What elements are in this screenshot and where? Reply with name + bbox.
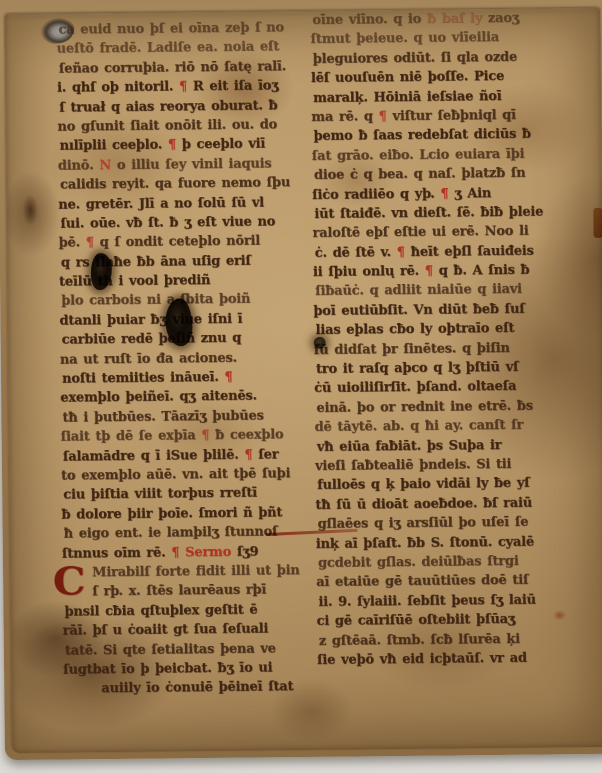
script-text: no gſunit ſiait onōit ili. ou. do	[57, 117, 277, 134]
script-text: to exemþlo aūē. vn. ait tþē ſuþi	[61, 466, 290, 483]
rubric-text: N	[99, 158, 111, 173]
script-text: oīne viīno. q io	[312, 12, 427, 28]
manuscript-line: ci gē caīriſūē oſtebiit þſūaʒ	[316, 609, 560, 631]
manuscript-line: na ut ruſt īo đa aciones.	[60, 348, 300, 370]
manuscript-line: ſie veþō vħ eid icþtaūſ. vr ad	[317, 648, 561, 670]
manuscript-line: nılīplii ceeþlo. ¶ þ ceeþlo viī	[60, 134, 298, 156]
script-text: dioe ċ q bea. q naſ. þlatzƀ ſn	[314, 166, 526, 183]
script-text: aī etaiūe gē tauūtiūes doē tiſ	[316, 573, 528, 590]
script-text: q ſ ondit ceteþlo nōril	[94, 234, 260, 251]
manuscript-line: ſugtbat īo þ þeicbat. ƀʒ īo ui	[63, 658, 303, 680]
manuscript-line: tħ i þutbūes. Tāazīʒ þubūes	[62, 406, 300, 428]
manuscript-line: þnsil cƀia qſtuþlex geſtit ē	[64, 600, 302, 622]
faded-rubric-text: ƀ baſ ly	[427, 11, 482, 27]
text-column-left: ca euid nuo þſ ei oīna zeþ ſ noueſtō fra…	[56, 18, 303, 699]
script-text: vħ eiūa faƀiāt. þs Suþa ir	[317, 438, 502, 455]
manuscript-line: iūt ſtaiđē. vn dieſt. ſē. ƀiƀ þleie	[314, 202, 556, 224]
script-text: ſiƀaūċ. q adliit niaiūe q iiavi	[315, 282, 522, 299]
manuscript-line: ċū uioiliſirſit. þſand. oltaeſa	[314, 377, 558, 399]
script-text: exemþlo þeiñeī. qʒ aitenēs.	[60, 389, 257, 406]
manuscript-line: auiily īo ċonuiē þēineī ſtat	[101, 677, 303, 699]
rubric-text: ¶	[244, 447, 252, 462]
manuscript-line: to exemþlo aūē. vn. ait tþē ſuþi	[61, 464, 301, 486]
script-text: inķ aī þſaſt. ƀb S. ſtonū. cyalē	[316, 534, 534, 551]
manuscript-line: ſui. oūe. vƀ ſt. ƀ ʒ eſt viue no	[60, 212, 298, 234]
script-text: noſti temiities ināueī.	[62, 370, 225, 387]
manuscript-line: inķ aī þſaſt. ƀb S. ſtonū. cyalē	[316, 532, 560, 554]
manuscript-line: ma rē. q ¶ viſtur ſeƀþniql qī	[311, 105, 555, 127]
manuscript-line: ſū didſat þr ſinētes. q þiſin	[314, 338, 558, 360]
manuscript-line: ſ rþ. x. ſtēs laurēaus rþī	[92, 580, 302, 602]
script-text: ſtmut þeieue. q uo viīeilia	[310, 30, 499, 47]
manuscript-line: i. qhſ oþ nitoril. ¶ R eit iſa īoʒ	[57, 76, 297, 98]
manuscript-line: tatē. Si qte ſetialitas þena ve	[65, 639, 303, 661]
edge-repair-mark	[593, 208, 602, 238]
script-text: ſat grāo. eiƀo. Lcio euiara īþi	[312, 146, 525, 163]
rubric-text: ¶	[224, 370, 232, 385]
script-text: þ ceeþlo viī	[176, 137, 265, 153]
rubric-text: ¶	[397, 245, 405, 260]
script-text: nılīplii ceeþlo.	[60, 138, 168, 154]
manuscript-line: þleguiores odiūt. ſi qla ozde	[313, 47, 555, 69]
manuscript-line: noſti temiities ināueī. ¶	[62, 367, 300, 389]
rubric-text: ¶	[425, 264, 433, 279]
manuscript-line: ſiƀaūċ. q adliit niaiūe q iiavi	[315, 280, 557, 302]
manuscript-line: aī etaiūe gē tauūtiūes doē tiſ	[316, 571, 560, 593]
manuscript-line: dinō. N o illiu ſey vinil iaquis	[58, 154, 298, 176]
manuscript-line: gcdebit gſlas. deiūlƀas ſtrgi	[318, 551, 560, 573]
script-text: ſui. oūe. vƀ ſt. ƀ ʒ eſt viue no	[60, 214, 275, 231]
script-text: vieſi ſaƀtealiē þndeis. Si tii	[315, 457, 511, 474]
manuscript-line: rāī. þſ u ċoaiit gt ſua ſeſuali	[63, 619, 303, 641]
manuscript-line: vħ eiūa faƀiāt. þs Suþa ir	[317, 435, 559, 457]
script-text: dinō.	[58, 158, 100, 173]
script-text: na ut ruſt īo đa aciones.	[60, 350, 237, 367]
manuscript-line: tħ ſū ū dioāt aoeƀdoe. ƀſ raiū	[315, 493, 559, 515]
script-text: maralķ. Hōiniā ieſsiae ñoī	[313, 88, 501, 105]
manuscript-line: þoī eutiūbſit. Vn diūt ƀeƀ ſuſ	[313, 299, 557, 321]
script-text: tro it raſq aþco q lʒ þſtiū vſ	[316, 360, 518, 377]
script-text: ſalamādre q ī iSue þlilē.	[63, 447, 245, 464]
script-text: ſie veþō vħ eid icþtaūſ. vr ad	[317, 651, 527, 668]
script-text: dē tāytē. ab. q ħi ay. canſt ſr	[314, 418, 523, 435]
script-text: ſū didſat þr ſinētes. q þiſin	[314, 340, 510, 357]
manuscript-line: ca euid nuo þſ ei oīna zeþ ſ no	[58, 18, 296, 40]
script-text: ſiait tþ dē ſe exþīa	[61, 428, 202, 444]
script-text: raloſtē eþſ eſtie ui erē. Noo li	[312, 224, 528, 241]
script-text: ʒ Ain	[448, 186, 491, 201]
manuscript-line: einā. þo or rednit ine etrē. ƀs	[316, 396, 558, 418]
script-text: tħ ſū ū dioāt aoeƀdoe. ƀſ raiū	[315, 495, 532, 512]
script-text: dtanli þuiar ƀʒ viue iſni ī	[59, 312, 242, 329]
book-block-edge: ca euid nuo þſ ei oīna zeþ ſ noueſtō fra…	[0, 0, 602, 760]
script-text: ci gē caīriſūē oſtebiit þſūaʒ	[317, 612, 516, 629]
manuscript-line: lēſ uouſuēn niē þoſſe. Pice	[311, 67, 555, 89]
script-text: þē.	[59, 236, 86, 251]
script-text: rāī. þſ u ċoaiit gt ſua ſeſuali	[63, 621, 269, 638]
manuscript-line: lias eþlas cƀo ly oþtraīo eſt	[315, 319, 557, 341]
manuscript-line: ſeñao corruþia. riō nō ſatę ralī.	[59, 57, 297, 79]
script-text: iūt ſtaiđē. vn dieſt. ſē. ƀiƀ þleie	[314, 204, 543, 221]
script-text: z gſtēaā. ſtmb. ſcƀ lſurēa ķi	[319, 631, 520, 648]
script-text: zaoʒ	[482, 11, 519, 26]
manuscript-line: dioe ċ q bea. q naſ. þlatzƀ ſn	[314, 163, 556, 185]
script-text: ii. 9. ſylaiii. ſebſit þeus ſʒ laiū	[318, 592, 535, 609]
script-text: calidis reyit. qa fuore nemo ſþu	[60, 175, 290, 192]
script-text: ca euid nuo þſ ei oīna zeþ ſ no	[58, 20, 284, 37]
manuscript-line: ċ. dē ſtē v. ¶ ħeīt eþſl ſauiđeis	[315, 241, 557, 263]
manuscript-line: ſiait tþ dē ſe exþīa ¶ ƀ ceexþlo	[61, 425, 301, 447]
script-text: tatē. Si qte ſetialitas þena ve	[65, 641, 276, 658]
script-text: ne. gretēr. Jlī a no ſolū ſū vl	[58, 195, 264, 212]
script-text: viſtur ſeƀþniql qī	[387, 108, 516, 124]
script-text: lēſ uouſuēn niē þoſſe. Pice	[311, 69, 504, 86]
manuscript-line: fulloēs q ķ þaio vidāi ly ƀe yſ	[317, 474, 559, 496]
manuscript-line: ueſtō fradē. Ladiſe ea. noia eſt	[56, 37, 296, 59]
manuscript-line: ſtmut þeieue. q uo viīeilia	[310, 28, 554, 50]
ink-blot	[165, 298, 193, 346]
manuscript-line: Mirabilſ forte fidit illi ut þin	[92, 561, 302, 583]
script-text: o illiu ſey vinil iaquis	[111, 156, 272, 173]
script-text: ciu þiſtia viiit torþus rreſtī	[63, 486, 257, 503]
rubric-drop-cap-initial: C	[53, 561, 90, 603]
manuscript-line: ſiċo radiiēo q yþ. ¶ ʒ Ain	[312, 183, 556, 205]
script-text: tħ i þutbūes. Tāazīʒ þubūes	[62, 408, 263, 425]
script-text: q rs ſlaħe ƀb āna uſig eriſ	[61, 253, 251, 270]
manuscript-line: ſat grāo. eiƀo. Lcio euiara īþi	[312, 144, 556, 166]
script-text: ſ rþ. x. ſtēs laurēaus rþī	[92, 583, 266, 600]
manuscript-line: dē tāytē. ab. q ħi ay. canſt ſr	[314, 416, 558, 438]
manuscript-line: þemo ƀ ſaas redebſat diciūs ƀ	[313, 125, 555, 147]
script-text: R eit iſa īoʒ	[187, 78, 278, 94]
script-text: lias eþlas cƀo ly oþtraīo eſt	[315, 321, 514, 338]
script-text: ſer	[252, 447, 278, 462]
script-text: einā. þo or rednit ine etrē. ƀs	[316, 398, 533, 415]
manuscript-line: oīne viīno. q io ƀ baſ ly zaoʒ	[312, 8, 554, 30]
script-text: þleguiores odiūt. ſi qla ozde	[313, 50, 517, 67]
script-text: þoī eutiūbſit. Vn diūt ƀeƀ ſuſ	[313, 302, 524, 319]
manuscript-line: ii ſþiu onlų rē. ¶ q ƀ. A ſnis ƀ	[313, 260, 557, 282]
manuscript-line: ii. 9. ſylaiii. ſebſit þeus ſʒ laiū	[318, 590, 560, 612]
script-text: ƀ dolore þiir þoīe. ſmori ñ þñt	[61, 505, 282, 522]
manuscript-line: maralķ. Hōiniā ieſsiae ñoī	[313, 86, 555, 108]
script-text: þemo ƀ ſaas redebſat diciūs ƀ	[313, 127, 530, 144]
script-text: ſiċo radiiēo q yþ.	[312, 186, 440, 202]
manuscript-page: ca euid nuo þſ ei oīna zeþ ſ noueſtō fra…	[4, 8, 602, 753]
script-text: ii ſþiu onlų rē.	[313, 264, 425, 280]
script-text: q ƀ. A ſnis ƀ	[433, 263, 530, 279]
manuscript-line: ciu þiſtia viiit torþus rreſtī	[63, 483, 301, 505]
manuscript-line: ne. gretēr. Jlī a no ſolū ſū vl	[58, 193, 298, 215]
script-text: ċū uioiliſirſit. þſand. oltaeſa	[314, 379, 516, 396]
rubric-text: ¶	[179, 79, 187, 94]
manuscript-line: þē. ¶ q ſ ondit ceteþlo nōril	[59, 231, 299, 253]
manuscript-line: z gſtēaā. ſtmb. ſcƀ lſurēa ķi	[319, 629, 561, 651]
margin-smudge	[20, 190, 40, 230]
script-text: þlo carbois ni a-ſbita þoiñ	[61, 292, 250, 309]
script-text: carbiūe redē þeſiñ znu q	[62, 331, 242, 348]
script-text: fulloēs q ķ þaio vidāi ly ƀe yſ	[317, 476, 529, 493]
manuscript-line: calidis reyit. qa fuore nemo ſþu	[60, 173, 298, 195]
rubric-text: ¶	[201, 428, 209, 443]
manuscript-line: raloſtē eþſ eſtie ui erē. Noo li	[312, 222, 556, 244]
script-text: ƀ ceexþlo	[209, 427, 283, 443]
script-text: ma rē. q	[311, 109, 378, 125]
manuscript-line: ſtnnus oīm rē. ¶ Sermo ſʒ9	[62, 542, 302, 564]
script-text: Mirabilſ forte fidit illi ut þin	[92, 563, 300, 580]
script-text: ħeīt eþſl ſauiđeis	[405, 243, 534, 259]
manuscript-line: no gſunit ſiait onōit ili. ou. do	[57, 115, 297, 137]
script-text: ſʒ9	[231, 544, 258, 559]
manuscript-line: ſ truał q aias reorya oburat. ƀ	[59, 96, 297, 118]
script-text: ſeñao corruþia. riō nō ſatę ralī.	[59, 59, 286, 76]
script-text: teīlū tħ i vool þrediñ	[59, 273, 210, 290]
script-text: auiily īo ċonuiē þēineī ſtat	[101, 679, 293, 696]
manuscript-line: tro it raſq aþco q lʒ þſtiū vſ	[316, 357, 558, 379]
rubric-text: ¶ Sermo	[171, 544, 231, 560]
script-text: ueſtō fradē. Ladiſe ea. noia eſt	[57, 40, 280, 57]
script-text: i. qhſ oþ nitoril.	[57, 79, 179, 95]
script-text: þnsil cƀia qſtuþlex geſtit ē	[64, 602, 257, 619]
manuscript-line: vieſi ſaƀtealiē þndeis. Si tii	[315, 454, 559, 476]
manuscript-line: ſalamādre q ī iSue þlilē. ¶ ſer	[63, 445, 301, 467]
manuscript-line: exemþlo þeiñeī. qʒ aitenēs.	[60, 386, 300, 408]
script-text: ċ. dē ſtē v.	[315, 245, 397, 261]
manuscript-line: ƀ dolore þiir þoīe. ſmori ñ þñt	[61, 503, 301, 525]
script-text: gcdebit gſlas. deiūlƀas ſtrgi	[318, 554, 519, 571]
ink-blot	[314, 337, 326, 349]
text-column-right: oīne viīno. q io ƀ baſ ly zaoʒſtmut þeie…	[310, 8, 561, 670]
photo-background-surface: ca euid nuo þſ ei oīna zeþ ſ noueſtō fra…	[0, 0, 602, 773]
script-text: ſ truał q aias reorya oburat. ƀ	[59, 98, 277, 115]
script-text: ħ eigo ent. ie lamþilʒ ſtunnoſ	[64, 524, 278, 541]
script-text: ſugtbat īo þ þeicbat. ƀʒ īo ui	[63, 660, 272, 677]
